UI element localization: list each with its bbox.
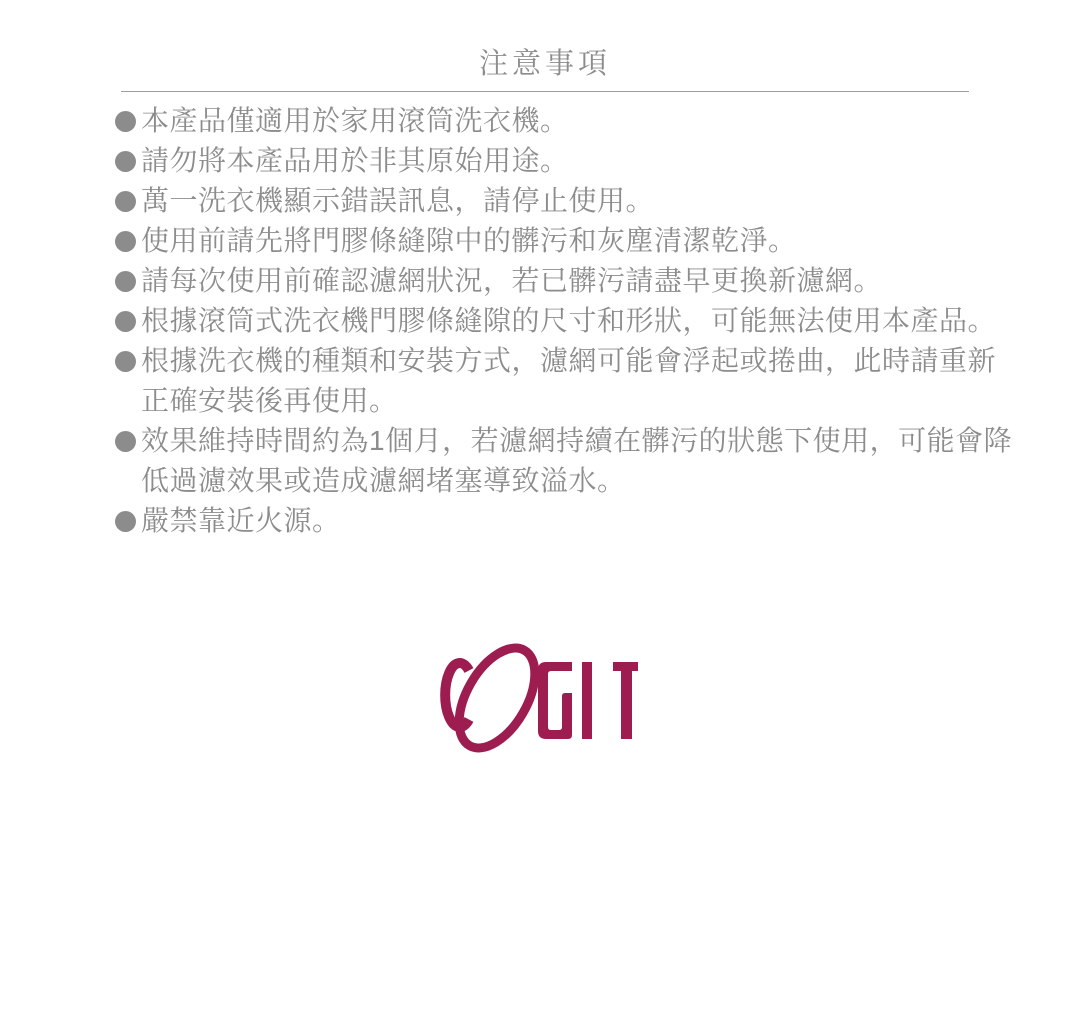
- logo-letter-o-ellipse: [444, 638, 551, 758]
- bullet-icon: [115, 431, 136, 452]
- precaution-item: 嚴禁靠近火源。: [115, 501, 971, 541]
- precaution-text: 請勿將本產品用於非其原始用途。: [141, 141, 569, 181]
- bullet-icon: [115, 231, 136, 252]
- bullet-icon: [115, 111, 136, 132]
- logo-letter-i: [582, 662, 592, 739]
- bullet-icon: [115, 191, 136, 212]
- bullet-icon: [115, 151, 136, 172]
- precaution-item: 請勿將本產品用於非其原始用途。: [115, 141, 971, 181]
- logo-letter-t: [613, 662, 638, 739]
- bullet-icon: [115, 271, 136, 292]
- precaution-text: 萬一洗衣機顯示錯誤訊息，請停止使用。: [141, 181, 654, 221]
- precaution-text: 使用前請先將門膠條縫隙中的髒污和灰塵清潔乾淨。: [141, 221, 797, 261]
- bullet-icon: [115, 351, 136, 372]
- page-title: 注意事項: [121, 46, 969, 82]
- precautions-list: 本產品僅適用於家用滾筒洗衣機。請勿將本產品用於非其原始用途。萬一洗衣機顯示錯誤訊…: [115, 101, 971, 541]
- bullet-icon: [115, 311, 136, 332]
- precaution-item: 使用前請先將門膠條縫隙中的髒污和灰塵清潔乾淨。: [115, 221, 971, 261]
- precaution-item: 效果維持時間約為1個月，若濾網持續在髒污的狀態下使用，可能會降低過濾效果或造成濾…: [115, 421, 971, 501]
- page: 注意事項 本產品僅適用於家用滾筒洗衣機。請勿將本產品用於非其原始用途。萬一洗衣機…: [0, 0, 1065, 1036]
- precaution-text: 嚴禁靠近火源。: [141, 501, 341, 541]
- precaution-item: 根據洗衣機的種類和安裝方式，濾網可能會浮起或捲曲，此時請重新正確安裝後再使用。: [115, 341, 971, 421]
- logo-letter-g: [538, 662, 572, 739]
- section-header: 注意事項: [121, 46, 969, 92]
- precaution-text: 根據洗衣機的種類和安裝方式，濾網可能會浮起或捲曲，此時請重新正確安裝後再使用。: [141, 341, 996, 421]
- cogit-logo: [428, 638, 668, 758]
- precaution-text: 效果維持時間約為1個月，若濾網持續在髒污的狀態下使用，可能會降低過濾效果或造成濾…: [141, 421, 1012, 501]
- precaution-text: 本產品僅適用於家用滾筒洗衣機。: [141, 101, 569, 141]
- precaution-item: 請每次使用前確認濾網狀況，若已髒污請盡早更換新濾網。: [115, 261, 971, 301]
- precaution-text: 根據滾筒式洗衣機門膠條縫隙的尺寸和形狀，可能無法使用本產品。: [141, 301, 996, 341]
- bullet-icon: [115, 511, 136, 532]
- precaution-text: 請每次使用前確認濾網狀況，若已髒污請盡早更換新濾網。: [141, 261, 882, 301]
- precaution-item: 萬一洗衣機顯示錯誤訊息，請停止使用。: [115, 181, 971, 221]
- precautions-section: 注意事項 本產品僅適用於家用滾筒洗衣機。請勿將本產品用於非其原始用途。萬一洗衣機…: [115, 46, 971, 541]
- precaution-item: 根據滾筒式洗衣機門膠條縫隙的尺寸和形狀，可能無法使用本產品。: [115, 301, 971, 341]
- precaution-item: 本產品僅適用於家用滾筒洗衣機。: [115, 101, 971, 141]
